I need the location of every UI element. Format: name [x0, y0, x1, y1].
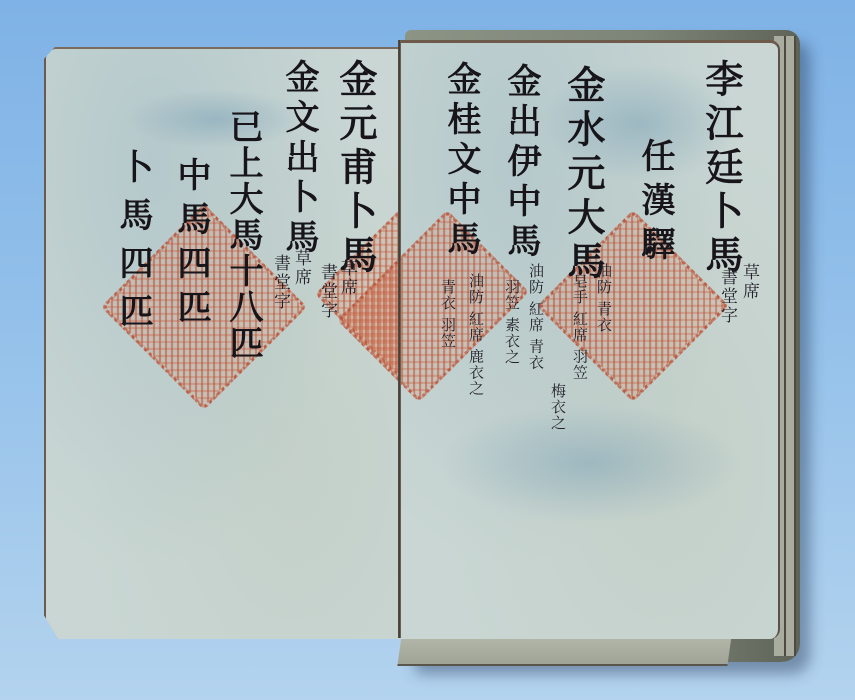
- entry-name: 金桂文中馬: [444, 61, 478, 261]
- entry-note: 書堂字: [718, 268, 735, 325]
- entry-name: 金水元大馬: [564, 65, 602, 285]
- entry-name: 金出伊中馬: [504, 63, 538, 263]
- entry-name: 金文出卜馬: [282, 59, 316, 259]
- total-medium-horses: 中馬四匹: [174, 157, 208, 333]
- entry-note: 草席: [740, 263, 757, 301]
- total-pack-horses: 卜馬四匹: [116, 149, 150, 341]
- entry-note: 梅衣之: [550, 383, 565, 431]
- entry-name: 金元甫卜馬: [336, 59, 374, 279]
- entry-note: 草席: [338, 259, 355, 297]
- entry-note: 油防 紅席 鹿衣之: [468, 273, 483, 397]
- photo-scene: 金元甫卜馬 草席 書堂字 金文出卜馬 草席 書堂字 已上大馬十八匹 中馬四匹 卜…: [0, 0, 855, 700]
- entry-note: 青衣 羽笠: [440, 279, 455, 349]
- book-spine: [398, 40, 401, 638]
- entry-note: 皂手 紅席 羽笠: [572, 273, 587, 381]
- entry-note: 油防 紅席 青衣: [528, 263, 543, 371]
- entry-name: 李江廷卜馬: [702, 59, 740, 279]
- entry-note: 油防 青衣: [596, 263, 611, 333]
- total-large-horses: 已上大馬十八匹: [226, 109, 260, 361]
- entry-note: 書堂字: [318, 263, 335, 320]
- entry-note: 羽笠 素衣之: [504, 279, 519, 365]
- entry-note: 草席: [292, 249, 309, 287]
- entry-note: 書堂字: [271, 254, 288, 311]
- entry-name: 任漢驛: [638, 138, 672, 270]
- ink-bleed: [440, 403, 740, 523]
- right-page: 李江廷卜馬 草席 書堂字 任漢驛 金水元大馬 油防 青衣 皂手 紅席 羽笠 梅衣…: [400, 40, 780, 639]
- left-page: 金元甫卜馬 草席 書堂字 金文出卜馬 草席 書堂字 已上大馬十八匹 中馬四匹 卜…: [44, 47, 402, 639]
